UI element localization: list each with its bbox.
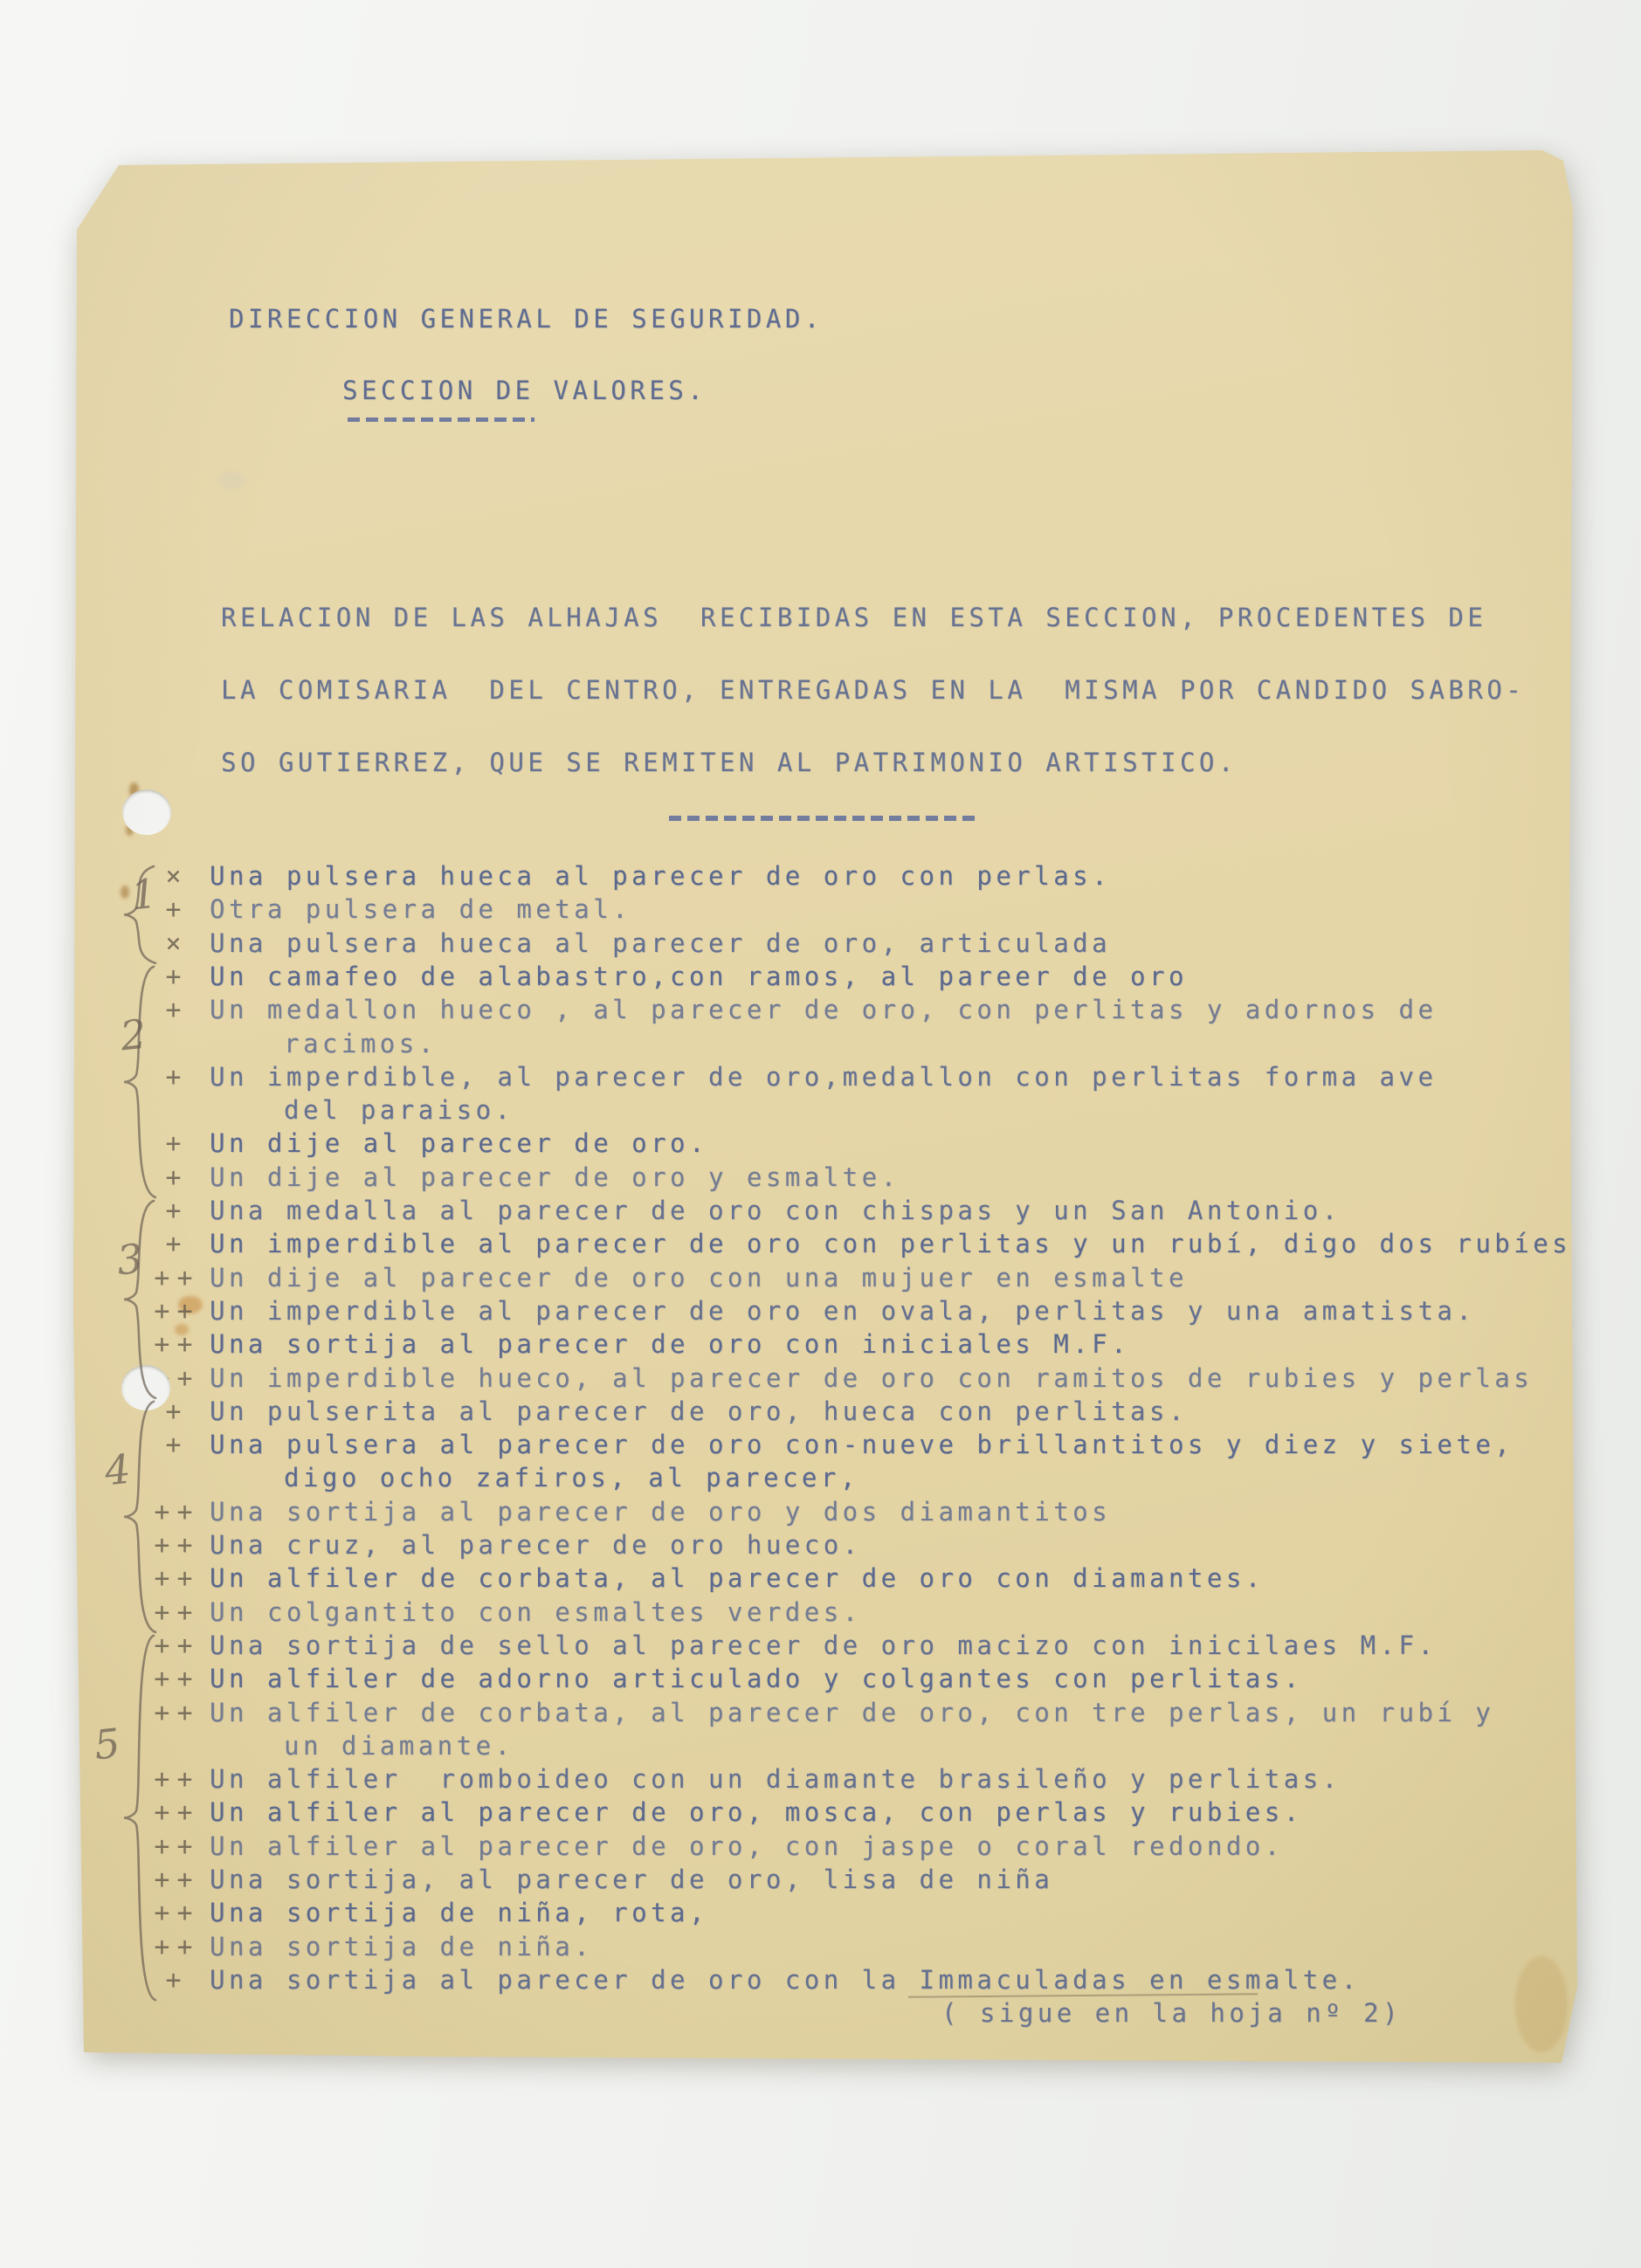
tally-mark: + + bbox=[140, 1597, 203, 1628]
inventory-item: + +Un alfiler de adorno articulado y col… bbox=[210, 1664, 1303, 1697]
item-text: Otra pulsera de metal. bbox=[210, 894, 631, 924]
item-text: Un alfiler de corbata, al parecer de oro… bbox=[210, 1563, 1265, 1593]
item-text: Un alfiler de adorno articulado y colgan… bbox=[210, 1664, 1303, 1693]
item-text: Una sortija al parecer de oro y dos diam… bbox=[210, 1497, 1111, 1527]
item-text: Una medalla al parecer de oro con chispa… bbox=[210, 1196, 1341, 1225]
item-text: digo ocho zafiros, al parecer, bbox=[210, 1463, 859, 1492]
item-text: Una sortija, al parecer de oro, lisa de … bbox=[210, 1865, 1053, 1894]
inventory-item: + +Una sortija al parecer de oro con ini… bbox=[210, 1329, 1130, 1362]
continuation-note: ( sigue en la hoja nº 2) bbox=[941, 1998, 1402, 2028]
tally-mark: + bbox=[140, 1062, 203, 1093]
inventory-item: + +Una cruz, al parecer de oro hueco. bbox=[210, 1530, 862, 1563]
item-text: del paraiso. bbox=[210, 1095, 514, 1125]
tally-mark: + + bbox=[140, 1497, 203, 1527]
inventory-item-wrap: un diamante. bbox=[210, 1731, 514, 1764]
tally-mark: + + bbox=[140, 1363, 203, 1394]
inventory-item: +Una medalla al parecer de oro con chisp… bbox=[210, 1196, 1341, 1229]
tally-mark: + bbox=[140, 894, 203, 925]
inventory-item: + +Una sortija de niña, rota, bbox=[210, 1898, 708, 1931]
item-text: Una cruz, al parecer de oro hueco. bbox=[210, 1530, 862, 1560]
inventory-item: + +Un alfiler romboideo con un diamante … bbox=[210, 1764, 1341, 1797]
inventory-item: + +Un dije al parecer de oro con una muj… bbox=[210, 1263, 1188, 1296]
inventory-item: +Un dije al parecer de oro. bbox=[210, 1128, 708, 1162]
inventory-item: +Una pulsera al parecer de oro con-nueve… bbox=[210, 1430, 1513, 1463]
pencil-annotations bbox=[0, 0, 1641, 2268]
inventory-item: +Un imperdible, al parecer de oro,medall… bbox=[210, 1062, 1437, 1095]
item-text: Una sortija al parecer de oro con la Imm… bbox=[210, 1965, 1361, 1995]
stain bbox=[178, 1296, 203, 1313]
section-title: SECCION DE VALORES. bbox=[342, 376, 707, 405]
tally-mark: + + bbox=[140, 1698, 203, 1728]
tally-mark: + bbox=[140, 995, 203, 1025]
tally-mark: + bbox=[140, 1196, 203, 1226]
tally-mark: + + bbox=[140, 1831, 203, 1862]
stain bbox=[1515, 1956, 1568, 2052]
tally-mark: + + bbox=[140, 1263, 203, 1293]
tally-mark: + + bbox=[140, 1797, 203, 1828]
item-text: Una pulsera hueca al parecer de oro con … bbox=[210, 861, 1111, 891]
paper-shadow: DIRECCION GENERAL DE SEGURIDAD. SECCION … bbox=[0, 0, 1641, 2268]
intro-line: LA COMISARIA DEL CENTRO, ENTREGADAS EN L… bbox=[221, 675, 1525, 705]
item-text: Un imperdible, al parecer de oro,medallo… bbox=[210, 1062, 1437, 1092]
lot-number: 1 bbox=[128, 870, 159, 920]
inventory-item: +Un medallon hueco , al parecer de oro, … bbox=[210, 995, 1437, 1028]
pencil-tick bbox=[135, 2086, 146, 2100]
pencil-brace bbox=[124, 1636, 155, 2000]
item-text: Un imperdible al parecer de oro en ovala… bbox=[210, 1296, 1475, 1326]
tally-mark: × bbox=[140, 861, 203, 892]
pencil-brace bbox=[124, 866, 155, 963]
inventory-item: + +Una sortija de sello al parecer de or… bbox=[210, 1630, 1437, 1664]
item-text: Una pulsera al parecer de oro con-nueve … bbox=[210, 1430, 1513, 1459]
tally-mark: + bbox=[140, 1162, 203, 1193]
item-text: Una sortija al parecer de oro con inicia… bbox=[210, 1329, 1130, 1359]
inventory-item: +Un camafeo de alabastro,con ramos, al p… bbox=[210, 962, 1188, 995]
tally-mark: + + bbox=[140, 1329, 203, 1360]
item-text: Una sortija de niña. bbox=[210, 1932, 593, 1961]
inventory-item: + +Un alfiler al parecer de oro, con jas… bbox=[210, 1831, 1284, 1865]
pencil-brace bbox=[124, 1402, 155, 1632]
agency-title: DIRECCION GENERAL DE SEGURIDAD. bbox=[229, 304, 824, 334]
tally-mark: + + bbox=[140, 1563, 203, 1594]
pencil-underline bbox=[908, 1993, 1258, 1997]
inventory-item: + +Una sortija, al parecer de oro, lisa … bbox=[210, 1865, 1053, 1898]
stain bbox=[218, 472, 245, 489]
item-text: Una sortija de sello al parecer de oro m… bbox=[210, 1630, 1437, 1660]
item-text: Un alfiler romboideo con un diamante bra… bbox=[210, 1764, 1341, 1794]
tally-mark: × bbox=[140, 928, 203, 959]
lot-number: 3 bbox=[114, 1235, 145, 1285]
tally-mark: + + bbox=[140, 1865, 203, 1895]
tally-mark: + + bbox=[140, 1764, 203, 1795]
tally-mark: + + bbox=[140, 1932, 203, 1962]
pencil-brace bbox=[124, 1201, 155, 1398]
inventory-item-wrap: del paraiso. bbox=[210, 1095, 514, 1128]
inventory-item-wrap: racimos. bbox=[210, 1029, 438, 1062]
item-text: Una sortija de niña, rota, bbox=[210, 1898, 708, 1927]
item-text: Un colgantito con esmaltes verdes. bbox=[210, 1597, 862, 1627]
item-text: Un alfiler al parecer de oro, mosca, con… bbox=[210, 1797, 1303, 1827]
tally-mark: + + bbox=[140, 1898, 203, 1928]
tally-mark: + + bbox=[140, 1630, 203, 1661]
inventory-item-wrap: digo ocho zafiros, al parecer, bbox=[210, 1463, 859, 1496]
inventory-item: +Un imperdible al parecer de oro con per… bbox=[210, 1229, 1571, 1262]
item-text: racimos. bbox=[210, 1029, 438, 1058]
intro-line: SO GUTIERREZ, QUE SE REMITEN AL PATRIMON… bbox=[221, 748, 1238, 777]
item-text: Un dije al parecer de oro. bbox=[210, 1128, 708, 1158]
intro-line: RELACION DE LAS ALHAJAS RECIBIDAS EN EST… bbox=[221, 603, 1486, 632]
item-text: Un alfiler al parecer de oro, con jaspe … bbox=[210, 1831, 1284, 1861]
inventory-item: + +Un imperdible al parecer de oro en ov… bbox=[210, 1296, 1475, 1329]
stain bbox=[175, 1324, 189, 1335]
inventory-item: + +Una sortija al parecer de oro y dos d… bbox=[210, 1497, 1111, 1530]
tally-mark: + + bbox=[140, 1296, 203, 1327]
stain bbox=[129, 782, 139, 798]
tally-mark: + + bbox=[140, 1530, 203, 1561]
inventory-item: +Otra pulsera de metal. bbox=[210, 894, 631, 927]
item-text: Un pulserita al parecer de oro, hueca co… bbox=[210, 1396, 1188, 1426]
pencil-brace bbox=[124, 967, 155, 1197]
inventory-item: + +Un colgantito con esmaltes verdes. bbox=[210, 1597, 862, 1630]
item-text: Un camafeo de alabastro,con ramos, al pa… bbox=[210, 962, 1188, 991]
scanned-document-page: DIRECCION GENERAL DE SEGURIDAD. SECCION … bbox=[0, 0, 1641, 2268]
inventory-item: + +Un alfiler de corbata, al parecer de … bbox=[210, 1698, 1494, 1731]
inventory-item: +Un pulserita al parecer de oro, hueca c… bbox=[210, 1396, 1188, 1430]
tally-mark: + + bbox=[140, 1664, 203, 1694]
item-text: Un dije al parecer de oro y esmalte. bbox=[210, 1162, 900, 1192]
item-text: Un alfiler de corbata, al parecer de oro… bbox=[210, 1698, 1494, 1727]
tally-mark: + bbox=[140, 1396, 203, 1427]
item-text: Una pulsera hueca al parecer de oro, art… bbox=[210, 928, 1111, 958]
tally-mark: + bbox=[140, 1430, 203, 1460]
lot-number: 5 bbox=[92, 1720, 122, 1769]
stain bbox=[126, 824, 134, 836]
inventory-item: ×Una pulsera hueca al parecer de oro, ar… bbox=[210, 928, 1111, 962]
item-text: un diamante. bbox=[210, 1731, 514, 1761]
punch-hole bbox=[121, 1365, 170, 1410]
tally-mark: + bbox=[140, 1229, 203, 1259]
lot-number: 2 bbox=[118, 1010, 148, 1060]
tally-mark: + bbox=[140, 1128, 203, 1159]
separator-dashes bbox=[669, 816, 975, 821]
inventory-item: ×Una pulsera hueca al parecer de oro con… bbox=[210, 861, 1111, 894]
tally-mark: + bbox=[140, 1965, 203, 1996]
item-text: Un medallon hueco , al parecer de oro, c… bbox=[210, 995, 1437, 1024]
inventory-item: + +Una sortija de niña. bbox=[210, 1932, 593, 1965]
inventory-item: + +Un imperdible hueco, al parecer de or… bbox=[210, 1363, 1533, 1396]
inventory-item: + +Un alfiler al parecer de oro, mosca, … bbox=[210, 1797, 1303, 1830]
item-text: Un imperdible al parecer de oro con perl… bbox=[210, 1229, 1571, 1258]
document-paper: DIRECCION GENERAL DE SEGURIDAD. SECCION … bbox=[0, 0, 1641, 2268]
header-underline bbox=[348, 417, 534, 422]
stain bbox=[121, 886, 129, 899]
lot-number: 4 bbox=[102, 1445, 133, 1495]
item-text: Un imperdible hueco, al parecer de oro c… bbox=[210, 1363, 1533, 1393]
inventory-item: +Una sortija al parecer de oro con la Im… bbox=[210, 1965, 1361, 1998]
tally-mark: + bbox=[140, 962, 203, 992]
punch-hole bbox=[122, 789, 171, 835]
inventory-item: +Un dije al parecer de oro y esmalte. bbox=[210, 1162, 900, 1196]
item-text: Un dije al parecer de oro con una mujuer… bbox=[210, 1263, 1188, 1293]
inventory-item: + +Un alfiler de corbata, al parecer de … bbox=[210, 1563, 1265, 1596]
